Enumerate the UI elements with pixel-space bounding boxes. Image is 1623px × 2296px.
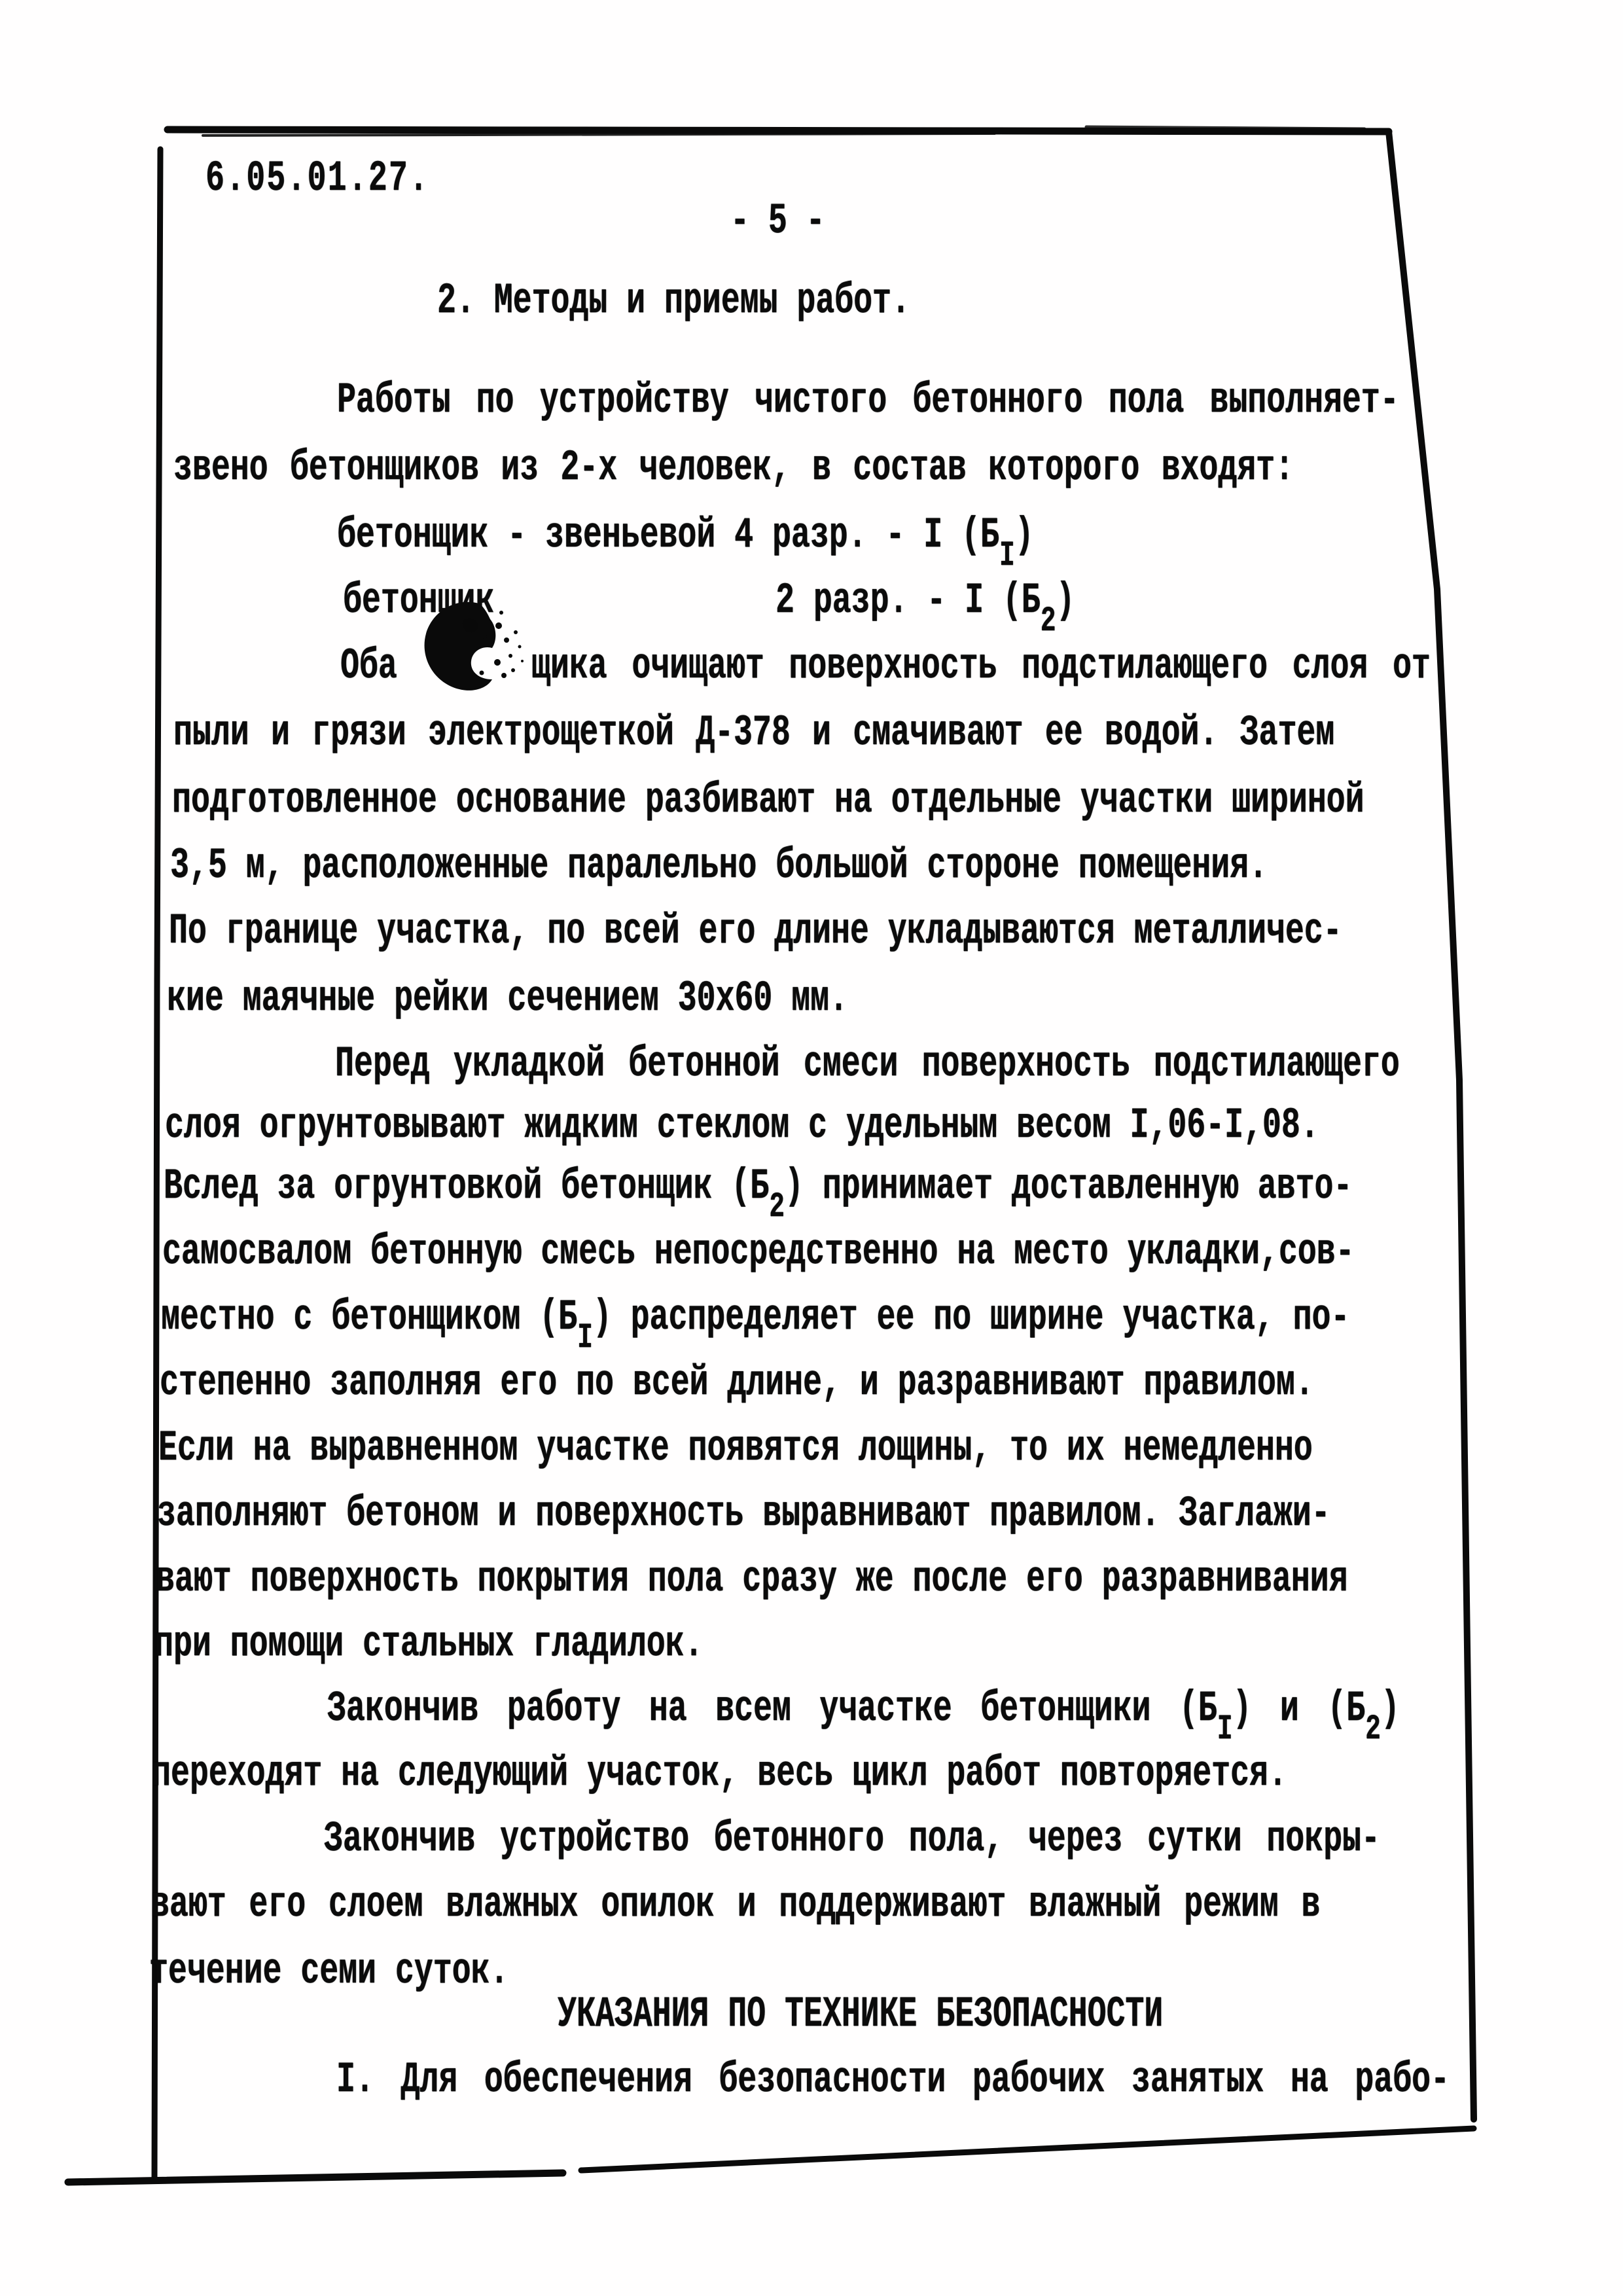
text-line: вают поверхность покрытия пола сразу же … — [156, 1558, 1348, 1601]
text-line: Закончив устройство бетонного пола, чере… — [324, 1818, 1380, 1861]
text-line: Перед укладкой бетонной смеси поверхност… — [335, 1043, 1400, 1086]
text-line: По границе участка, по всей его длине ук… — [169, 910, 1342, 953]
text-line: I. Для обеспечения безопасности рабочих … — [336, 2058, 1450, 2102]
scanned-document-page: 6.05.01.27.- 5 -2. Методы и приемы работ… — [0, 0, 1623, 2296]
text-line: переходят на следующий участок, весь цик… — [152, 1752, 1287, 1795]
section-title: 2. Методы и приемы работ. — [437, 279, 910, 323]
text-line: Если на выравненном участке появятся лощ… — [158, 1427, 1313, 1470]
text-line: Оба — [340, 645, 397, 688]
text-line: 3,5 м, расположенные паралельно большой … — [170, 844, 1268, 888]
text-line: заполняют бетоном и поверхность выравнив… — [157, 1492, 1330, 1535]
typewritten-text-block: 6.05.01.27.- 5 -2. Методы и приемы работ… — [0, 0, 1623, 2296]
page-number: - 5 - — [730, 200, 825, 243]
text-line: течение семи суток. — [149, 1950, 508, 1993]
text-line: Закончив работу на всем участке бетонщик… — [327, 1687, 1400, 1731]
text-line: кие маячные рейки сечением 30х60 мм. — [167, 977, 848, 1020]
text-line: при помощи стальных гладилок. — [154, 1623, 703, 1666]
text-line: вают его слоем влажных опилок и поддержи… — [151, 1883, 1320, 1926]
text-line: 2 разр. - I (Б2) — [776, 579, 1075, 622]
text-line: щика очищают поверхность подстилающего с… — [531, 645, 1431, 688]
document-code: 6.05.01.27. — [205, 157, 429, 200]
text-line: бетонщик - звеньевой 4 разр. - I (БI) — [337, 514, 1034, 557]
text-line: самосвалом бетонную смесь непосредственн… — [162, 1230, 1355, 1274]
text-line: Вслед за огрунтовкой бетонщик (Б2) прини… — [164, 1165, 1352, 1208]
text-line: подготовленное основание разбивают на от… — [172, 779, 1364, 822]
text-line: местно с бетонщиком (БI) распределяет ее… — [161, 1296, 1349, 1339]
text-line: пыли и грязи электрощеткой Д-378 и смачи… — [173, 711, 1334, 755]
ink-blot — [419, 600, 537, 692]
safety-heading: УКАЗАНИЯ ПО ТЕХНИКЕ БЕЗОПАСНОСТИ — [558, 1993, 1163, 2036]
text-line: слоя огрунтовывают жидким стеклом с удел… — [165, 1104, 1319, 1147]
text-line: Работы по устройству чистого бетонного п… — [337, 379, 1399, 422]
text-line: звено бетонщиков из 2-х человек, в соста… — [173, 446, 1294, 490]
text-line: степенно заполняя его по всей длине, и р… — [160, 1361, 1314, 1405]
